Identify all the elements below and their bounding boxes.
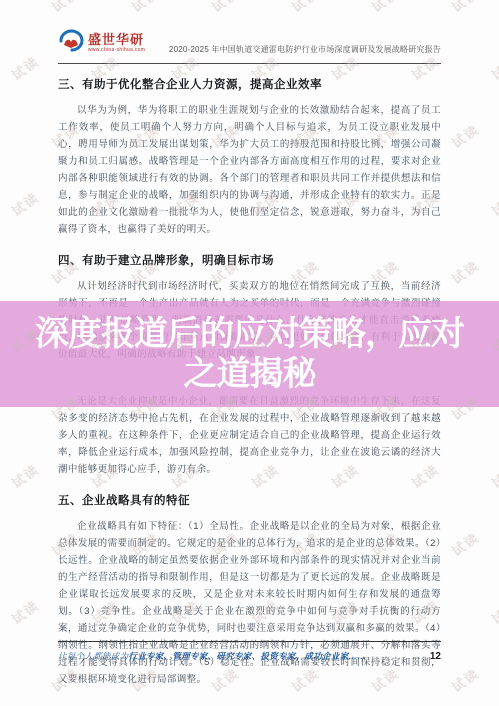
brand-website: www.china-shihua.com (88, 48, 145, 53)
brand-text-block: 盛世华研 www.china-shihua.com (88, 33, 145, 53)
promo-overlay-line1: 深度报道后的应对策略，应对 (35, 314, 464, 354)
section-heading-4: 四、有助于建立品牌形象，明确目标市场 (58, 252, 441, 268)
page-header: 盛世华研 www.china-shihua.com 2020-2025 年中国轨… (58, 28, 441, 64)
footer-slogan: 让每个人都能成为行业专家、管理专家、研究专家、投资专家、成功企业家…… (58, 650, 366, 662)
section-5-paragraph: 企业战略具有如下特征：（1）全局性。企业战略是以企业的全局为对象，根据企业总体发… (58, 518, 441, 688)
footer-divider (58, 641, 441, 642)
brand-name: 盛世华研 (88, 33, 145, 46)
section-heading-3: 三、有助于优化整合企业人力资源，提高企业效率 (58, 76, 441, 92)
footer-slogan-bold: 行业专家、管理专家、研究专家、投资专家、成功企业家…… (128, 651, 366, 661)
section-3-paragraph: 以华为为例，华为将职工的职业生涯规划与企业的长效激励结合起来，提高了员工工作效率… (58, 102, 441, 238)
page-footer: 让每个人都能成为行业专家、管理专家、研究专家、投资专家、成功企业家…… 12 (58, 641, 441, 662)
page-number: 12 (430, 651, 441, 662)
report-title: 2020-2025 年中国轨道交通雷电防护行业市场深度调研及发展战略研究报告 (169, 44, 441, 57)
brand-logo: 盛世华研 www.china-shihua.com (58, 28, 145, 57)
promo-overlay-banner: 深度报道后的应对策略，应对 之道揭秘 (0, 301, 499, 407)
brand-swirl-icon (58, 28, 84, 57)
section-heading-5: 五、企业战略具有的特征 (58, 492, 441, 508)
promo-overlay-line2: 之道揭秘 (184, 354, 316, 394)
footer-slogan-prefix: 让每个人都能成为 (58, 651, 128, 661)
report-page: 盛世华研 www.china-shihua.com 2020-2025 年中国轨… (0, 0, 499, 706)
